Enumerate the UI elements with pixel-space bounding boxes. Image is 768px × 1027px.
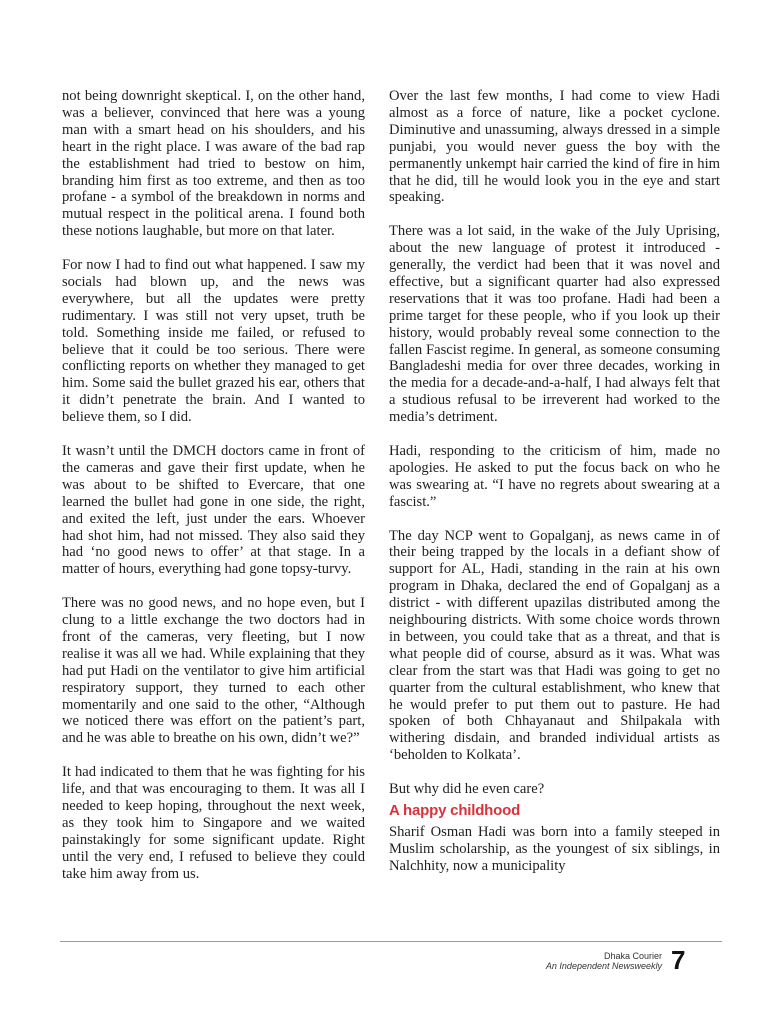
- article-left-column: not being downright skeptical. I, on the…: [62, 88, 365, 899]
- article-paragraph: It had indicated to them that he was fig…: [62, 764, 365, 882]
- section-subheading: A happy childhood: [389, 802, 720, 820]
- article-paragraph: Hadi, responding to the criticism of him…: [389, 443, 720, 511]
- footer-divider: [60, 941, 722, 942]
- article-paragraph: Over the last few months, I had come to …: [389, 88, 720, 206]
- article-paragraph: For now I had to find out what happened.…: [62, 257, 365, 426]
- article-paragraph: There was a lot said, in the wake of the…: [389, 223, 720, 426]
- article-paragraph: The day NCP went to Gopalganj, as news c…: [389, 528, 720, 765]
- article-paragraph: But why did he even care?: [389, 781, 720, 798]
- footer-masthead: Dhaka Courier An Independent Newsweekly: [546, 951, 662, 971]
- publication-name: Dhaka Courier: [546, 951, 662, 961]
- article-paragraph: There was no good news, and no hope even…: [62, 595, 365, 747]
- article-right-column: Over the last few months, I had come to …: [389, 88, 720, 892]
- publication-tagline: An Independent Newsweekly: [546, 961, 662, 971]
- article-paragraph: Sharif Osman Hadi was born into a family…: [389, 824, 720, 875]
- article-paragraph: not being downright skeptical. I, on the…: [62, 88, 365, 240]
- page-number: 7: [671, 947, 685, 973]
- article-paragraph: It wasn’t until the DMCH doctors came in…: [62, 443, 365, 578]
